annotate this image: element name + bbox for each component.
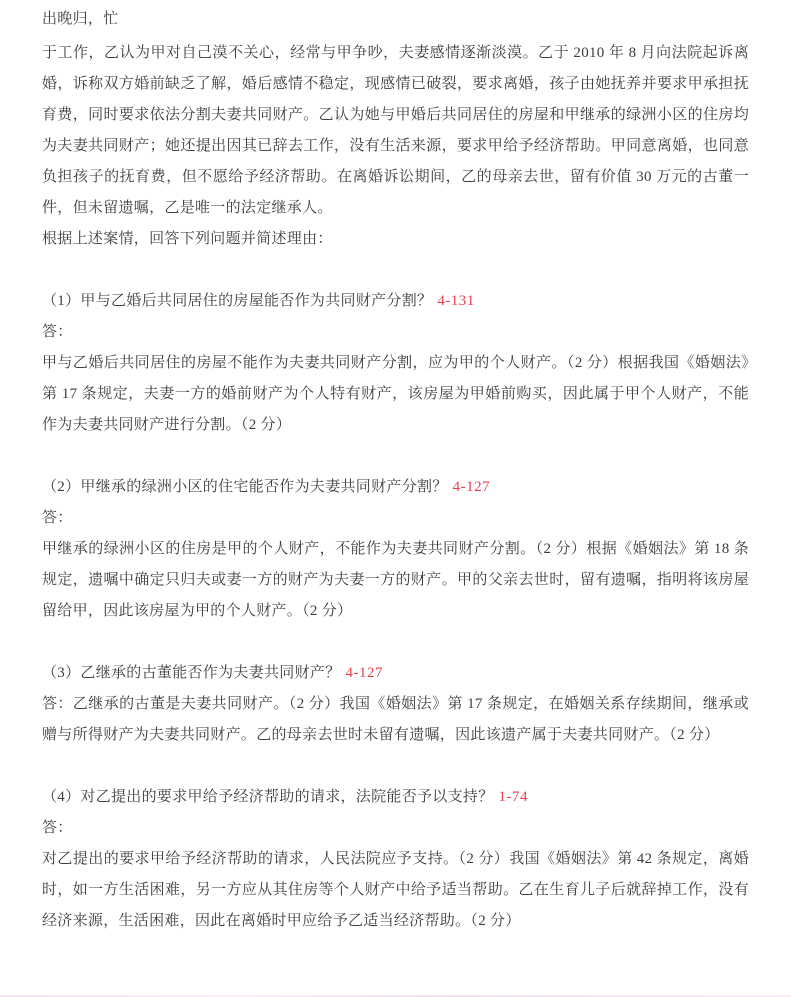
- document-page: 出晚归，忙 于工作，乙认为甲对自己漠不关心，经常与甲争吵，夫妻感情逐渐淡漠。乙于…: [0, 0, 791, 997]
- answer-inline: 答：乙继承的古董是夫妻共同财产。（2 分）我国《婚姻法》第 17 条规定，在婚姻…: [42, 689, 749, 751]
- question-line: （3）乙继承的古董能否作为夫妻共同财产？4-127: [42, 658, 749, 689]
- answer-text: 甲继承的绿洲小区的住房是甲的个人财产，不能作为夫妻共同财产分割。（2 分）根据《…: [42, 534, 749, 627]
- case-paragraph: 于工作，乙认为甲对自己漠不关心，经常与甲争吵，夫妻感情逐渐淡漠。乙于 2010 …: [42, 38, 749, 224]
- question-ref: 4-131: [437, 293, 475, 309]
- question-text: （3）乙继承的古董能否作为夫妻共同财产？: [42, 665, 341, 681]
- question-text: （2）甲继承的绿洲小区的住宅能否作为夫妻共同财产分割？: [42, 479, 448, 495]
- question-text: （1）甲与乙婚后共同居住的房屋能否作为共同财产分割？: [42, 293, 432, 309]
- question-block-1: （1）甲与乙婚后共同居住的房屋能否作为共同财产分割？4-131 答： 甲与乙婚后…: [42, 286, 749, 441]
- instruction-line: 根据上述案情，回答下列问题并简述理由：: [42, 224, 749, 255]
- answer-label: 答：: [42, 813, 749, 844]
- answer-text: 甲与乙婚后共同居住的房屋不能作为夫妻共同财产分割，应为甲的个人财产。（2 分）根…: [42, 348, 749, 441]
- question-ref: 4-127: [346, 665, 384, 681]
- answer-label: 答：: [42, 317, 749, 348]
- answer-label: 答：: [42, 696, 73, 712]
- question-line: （2）甲继承的绿洲小区的住宅能否作为夫妻共同财产分割？4-127: [42, 472, 749, 503]
- fragment-line: 出晚归，忙: [42, 4, 749, 35]
- question-line: （4）对乙提出的要求甲给予经济帮助的请求，法院能否予以支持？1-74: [42, 782, 749, 813]
- question-block-2: （2）甲继承的绿洲小区的住宅能否作为夫妻共同财产分割？4-127 答： 甲继承的…: [42, 472, 749, 627]
- question-block-3: （3）乙继承的古董能否作为夫妻共同财产？4-127 答：乙继承的古董是夫妻共同财…: [42, 658, 749, 751]
- answer-text: 乙继承的古董是夫妻共同财产。（2 分）我国《婚姻法》第 17 条规定，在婚姻关系…: [42, 696, 749, 743]
- question-block-4: （4）对乙提出的要求甲给予经济帮助的请求，法院能否予以支持？1-74 答： 对乙…: [42, 782, 749, 937]
- answer-text: 对乙提出的要求甲给予经济帮助的请求，人民法院应予支持。（2 分）我国《婚姻法》第…: [42, 844, 749, 937]
- question-text: （4）对乙提出的要求甲给予经济帮助的请求，法院能否予以支持？: [42, 789, 494, 805]
- question-ref: 4-127: [453, 479, 491, 495]
- question-ref: 1-74: [499, 789, 529, 805]
- question-line: （1）甲与乙婚后共同居住的房屋能否作为共同财产分割？4-131: [42, 286, 749, 317]
- answer-label: 答：: [42, 503, 749, 534]
